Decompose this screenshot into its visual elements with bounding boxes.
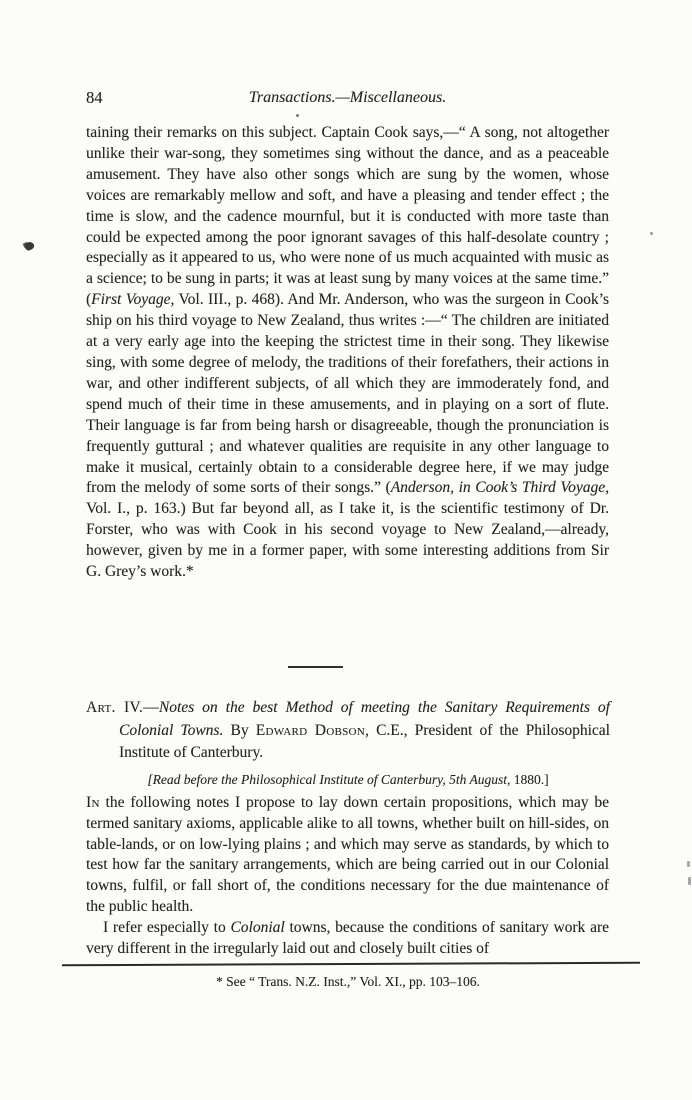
scanned-book-page: 84 Transactions.—Miscellaneous. taining … bbox=[0, 0, 692, 1100]
read-before-note: [Read before the Philosophical Institute… bbox=[86, 771, 610, 788]
section-divider-rule bbox=[288, 666, 343, 668]
article-heading: Art. IV.—Notes on the best Method of mee… bbox=[86, 697, 610, 765]
ink-speck bbox=[687, 861, 690, 867]
article-paragraph-1: In the following notes I propose to lay … bbox=[86, 793, 609, 918]
continued-paragraph: taining their remarks on this subject. C… bbox=[86, 123, 609, 583]
footnote-text: * See “ Trans. N.Z. Inst.,” Vol. XI., pp… bbox=[86, 973, 610, 990]
article-paragraph-2: I refer especially to Colonial towns, be… bbox=[86, 918, 609, 960]
running-header: Transactions.—Miscellaneous. bbox=[86, 88, 609, 108]
ink-speck bbox=[296, 114, 299, 117]
article-body: In the following notes I propose to lay … bbox=[86, 793, 609, 959]
ink-speck bbox=[24, 240, 36, 251]
footnote-rule bbox=[62, 962, 640, 967]
ink-speck bbox=[650, 232, 653, 235]
ink-speck bbox=[688, 877, 691, 885]
